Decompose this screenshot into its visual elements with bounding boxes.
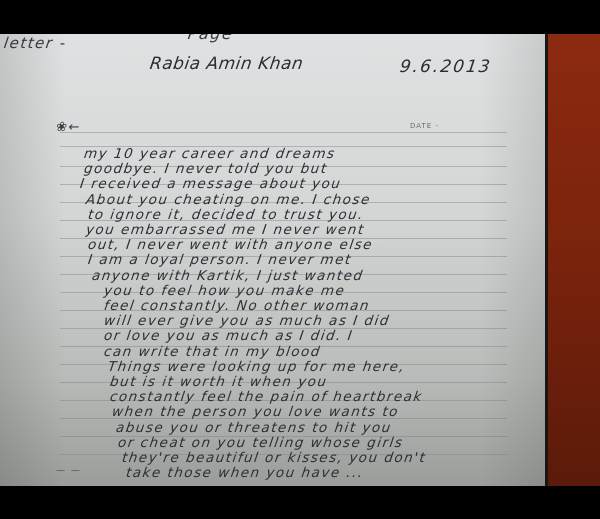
ruled-line (60, 382, 507, 383)
ruled-line (60, 436, 507, 437)
letter-line: will ever give you as much as I did (103, 313, 391, 329)
ruled-line (60, 454, 507, 455)
printed-date-label: DATE - (410, 122, 439, 130)
handwritten-date: 9.6.2013 (399, 57, 494, 77)
letter-line: to ignore it, decided to trust you. (87, 207, 365, 223)
ruled-line (60, 220, 507, 221)
letter-line: you embarrassed me I never went (85, 222, 366, 238)
letter-line: constantly feel the pain of heartbreak (109, 389, 424, 405)
letter-line: or cheat on you telling whose girls (117, 435, 405, 451)
top-left-label: letter - (3, 34, 68, 52)
ruled-line (60, 146, 507, 147)
letter-line: can write that in my blood (103, 344, 322, 360)
author-signature: Rabia Amin Khan (149, 54, 305, 74)
letter-line: or love you as much as I did. I (103, 328, 354, 344)
ruled-line (60, 202, 507, 203)
footer-mark: — — (55, 466, 82, 476)
ruled-line (60, 400, 507, 401)
letter-photo: letter - Page Rabia Amin Khan 9.6.2013 D… (0, 34, 600, 486)
letter-line: you to feel how you make me (103, 283, 347, 299)
lined-paper-page: letter - Page Rabia Amin Khan 9.6.2013 D… (0, 34, 548, 486)
letter-line: About you cheating on me. I chose (85, 192, 372, 208)
notebook-cover-edge (548, 34, 600, 486)
ruled-line (60, 132, 507, 133)
letter-line: goodbye. I never told you but (83, 161, 329, 177)
letter-line: take those when you have ... (125, 465, 365, 481)
letter-line: I received a message about you (79, 176, 343, 192)
ruled-line (60, 364, 507, 365)
letter-line: Things were looking up for me here, (107, 359, 407, 375)
margin-mark-icon: ❀← (55, 120, 82, 135)
letter-line: abuse you or threatens to hit you (115, 420, 393, 436)
ruled-line (60, 256, 507, 257)
letter-line: anyone with Kartik, I just wanted (91, 268, 365, 284)
ruled-line (60, 418, 507, 419)
letter-line: out, I never went with anyone else (87, 237, 374, 253)
ruled-line (60, 292, 507, 293)
letter-line: feel constantly. No other woman (103, 298, 371, 314)
letter-line: when the person you love wants to (111, 404, 400, 420)
ruled-line (60, 166, 507, 167)
ruled-line (60, 310, 507, 311)
letter-line: I am a loyal person. I never met (87, 252, 353, 268)
ruled-line (60, 184, 507, 185)
ruled-line (60, 328, 507, 329)
page-label: Page (187, 34, 235, 43)
ruled-line (60, 238, 507, 239)
letter-line: but is it worth it when you (109, 374, 329, 390)
letter-line: my 10 year career and dreams (83, 146, 337, 162)
ruled-line (60, 274, 507, 275)
letter-line: they're beautiful or kisses, you don't (121, 450, 427, 466)
ruled-line (60, 346, 507, 347)
